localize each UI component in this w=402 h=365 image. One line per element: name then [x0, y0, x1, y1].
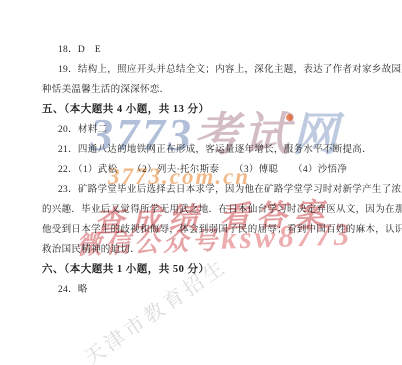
answer-line-23-part3: 他受到日本学生的歧视和侮辱，体会到弱国子民的屈辱；看到中国百姓的麻木，认识到	[0, 220, 402, 240]
answer-line-23-part2: 的兴趣．毕业后又觉得所学无用武之地．在日本仙台学习时决定弃医从文，因为在那里	[0, 200, 402, 220]
section-header-6: 六、（本大题共 1 小题，共 50 分）	[0, 260, 402, 280]
answer-line-20: 20．材料二	[0, 120, 402, 140]
answer-text-block: 18．D E 19．结构上，照应开头并总结全文；内容上，深化主题，表达了作者对家…	[0, 40, 402, 300]
answer-line-24: 24．略	[0, 280, 402, 300]
answer-line-19-part2: 种恬美温馨生活的深深怀恋．	[0, 80, 402, 100]
answer-line-23-part1: 23．矿路学堂毕业后选择去日本求学，因为他在矿路学堂学习时对新学产生了浓厚	[0, 180, 402, 200]
answer-line-19-part1: 19．结构上，照应开头并总结全文；内容上，深化主题，表达了作者对家乡故园那	[0, 60, 402, 80]
answer-sheet-page: 3773考试网 3773.com.cn 查成绩 看答案 微信公众号ksw8773…	[0, 0, 402, 365]
answer-line-23-part4: 救治国民精神的迫切．	[0, 240, 402, 260]
answer-line-18: 18．D E	[0, 40, 402, 60]
answer-line-21: 21．四通八达的地铁网正在形成，客运量逐年增长，服务水平不断提高．	[0, 140, 402, 160]
answer-line-22: 22．（1）武松 （2）列夫·托尔斯泰 （3）傅聪 （4）沙悟净	[0, 160, 402, 180]
section-header-5: 五、（本大题共 4 小题，共 13 分）	[0, 100, 402, 120]
